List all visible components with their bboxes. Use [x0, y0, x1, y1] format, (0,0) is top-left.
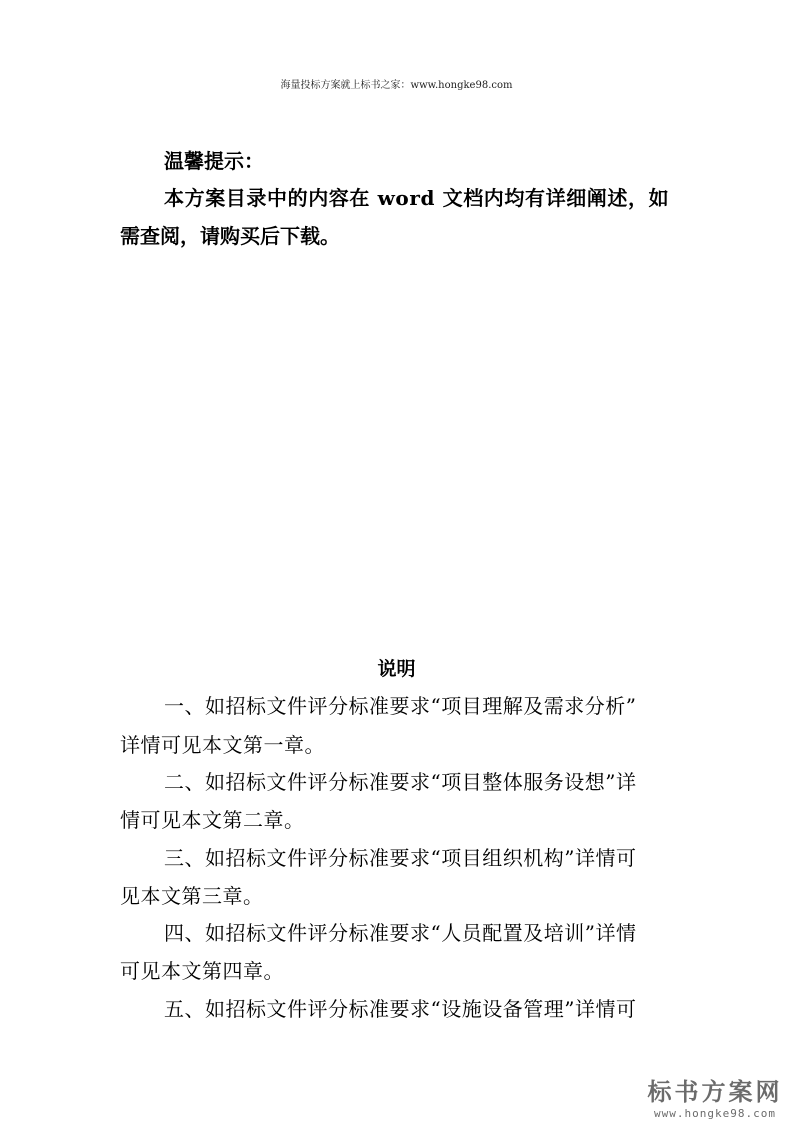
item-2-line-2: 情可见本文第二章。	[120, 804, 305, 833]
item-3-line-1: 三、如招标文件评分标准要求“项目组织机构”详情可	[164, 842, 636, 871]
watermark-name: 标书方案网	[645, 1072, 785, 1107]
item-4-line-1: 四、如招标文件评分标准要求“人员配置及培训”详情	[164, 917, 636, 946]
tip-line-2: 需查阅，请购买后下载。	[120, 220, 340, 249]
item-3-line-2: 见本文第三章。	[120, 880, 264, 909]
item-1-line-1: 一、如招标文件评分标准要求“项目理解及需求分析”	[164, 690, 636, 719]
page-header: 海量投标方案就上标书之家：www.hongke98.com	[0, 76, 793, 91]
watermark-url: www.hongke98.com	[645, 1107, 785, 1120]
tip-title: 温馨提示：	[164, 145, 264, 174]
item-1-line-2: 详情可见本文第一章。	[120, 729, 325, 758]
section-title: 说明	[0, 654, 793, 681]
watermark-logo: 标书方案网 www.hongke98.com	[645, 1072, 785, 1120]
item-5-line-1: 五、如招标文件评分标准要求“设施设备管理”详情可	[164, 993, 636, 1022]
item-2-line-1: 二、如招标文件评分标准要求“项目整体服务设想”详	[164, 766, 636, 795]
tip-line-1: 本方案目录中的内容在 word 文档内均有详细阐述，如	[164, 182, 669, 211]
item-4-line-2: 可见本文第四章。	[120, 955, 284, 984]
